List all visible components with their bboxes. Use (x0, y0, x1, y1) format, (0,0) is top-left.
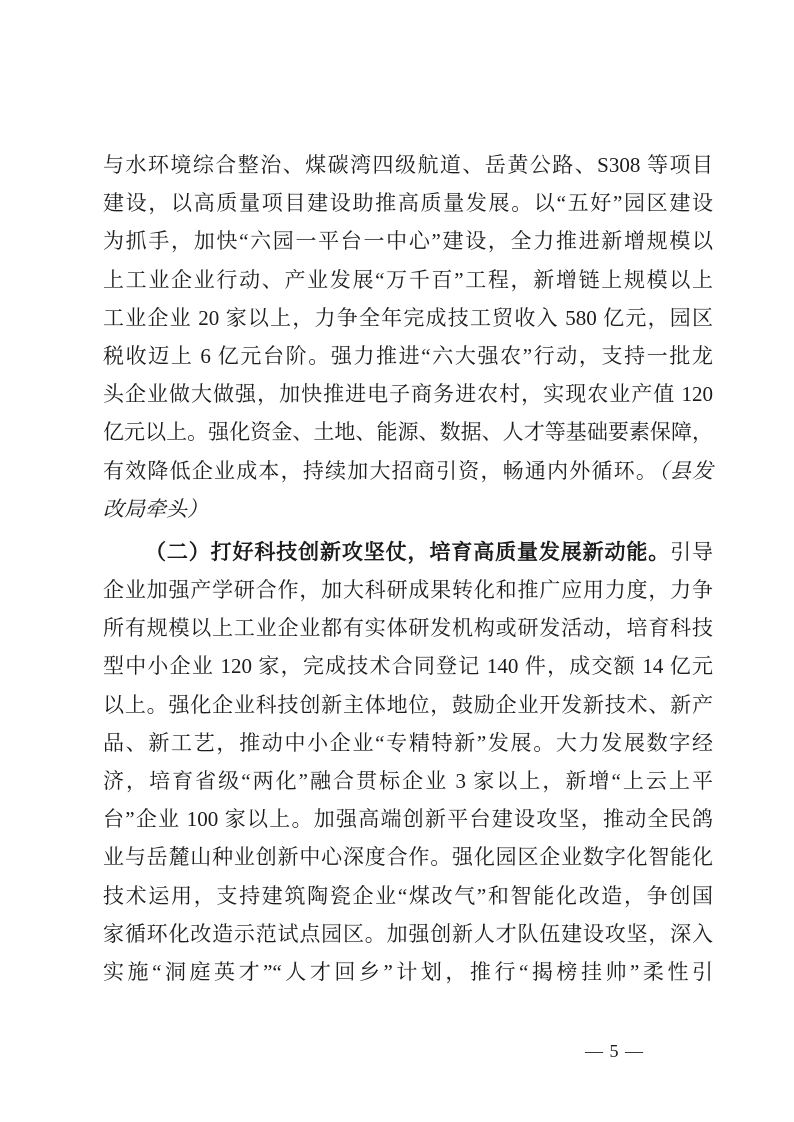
text-line: 税收迈上 6 亿元台阶。强力推进“六大强农”行动，支持一批龙 (103, 337, 713, 375)
text-line: 企业加强产学研合作，加大科研成果转化和推广应用力度，力争 (103, 571, 713, 609)
document-body: 与水环境综合整治、煤碳湾四级航道、岳黄公路、S308 等项目建设，以高质量项目建… (103, 146, 713, 991)
text-segment-normal: 以上。强化企业科技创新主体地位，鼓励企业开发新技术、新产 (103, 693, 713, 717)
text-segment-normal: 技术运用，支持建筑陶瓷企业“煤改气”和智能化改造，争创国 (103, 884, 713, 908)
text-segment-normal: 济，培育省级“两化”融合贯标企业 3 家以上，新增“上云上平 (103, 769, 713, 793)
text-segment-normal: 上工业企业行动、产业发展“万千百”工程，新增链上规模以上 (103, 268, 713, 292)
text-segment-normal: 与水环境综合整治、煤碳湾四级航道、岳黄公路、S308 等项目 (103, 153, 713, 177)
text-segment-normal: 为抓手，加快“六园一平台一中心”建设，全力推进新增规模以 (103, 229, 713, 253)
document-page: 与水环境综合整治、煤碳湾四级航道、岳黄公路、S308 等项目建设，以高质量项目建… (0, 0, 794, 1122)
text-line: 品、新工艺，推动中小企业“专精特新”发展。大力发展数字经 (103, 724, 713, 762)
text-segment-normal: 所有规模以上工业企业都有实体研发机构或研发活动，培育科技 (103, 616, 713, 640)
page-number: — 5 — (585, 1041, 644, 1062)
text-segment-normal: 型中小企业 120 家，完成技术合同登记 140 件，成交额 14 亿元 (103, 654, 713, 678)
paragraph-economy: 与水环境综合整治、煤碳湾四级航道、岳黄公路、S308 等项目建设，以高质量项目建… (103, 146, 713, 528)
text-line: 以上。强化企业科技创新主体地位，鼓励企业开发新技术、新产 (103, 686, 713, 724)
text-line: 工业企业 20 家以上，力争全年完成技工贸收入 580 亿元，园区 (103, 299, 713, 337)
text-line: 所有规模以上工业企业都有实体研发机构或研发活动，培育科技 (103, 609, 713, 647)
text-segment-normal: 引导 (670, 540, 713, 564)
text-line: （二）打好科技创新攻坚仗，培育高质量发展新动能。引导 (103, 533, 713, 571)
text-line: 型中小企业 120 家，完成技术合同登记 140 件，成交额 14 亿元 (103, 647, 713, 685)
text-segment-normal: 工业企业 20 家以上，力争全年完成技工贸收入 580 亿元，园区 (103, 306, 713, 330)
text-line: 与水环境综合整治、煤碳湾四级航道、岳黄公路、S308 等项目 (103, 146, 713, 184)
text-line: 亿元以上。强化资金、土地、能源、数据、人才等基础要素保障， (103, 413, 713, 451)
text-segment-normal: 企业加强产学研合作，加大科研成果转化和推广应用力度，力争 (103, 578, 713, 602)
text-segment-kai: 改局牵头） (103, 497, 208, 521)
text-segment-normal: 建设，以高质量项目建设助推高质量发展。以“五好”园区建设 (103, 191, 713, 215)
text-segment-normal: 品、新工艺，推动中小企业“专精特新”发展。大力发展数字经 (103, 731, 713, 755)
paragraph-science-innovation: （二）打好科技创新攻坚仗，培育高质量发展新动能。引导企业加强产学研合作，加大科研… (103, 533, 713, 991)
text-segment-normal: 头企业做大做强，加快推进电子商务进农村，实现农业产值 120 (103, 382, 713, 406)
text-segment-normal: 业与岳麓山种业创新中心深度合作。强化园区企业数字化智能化 (103, 845, 713, 869)
text-line: 业与岳麓山种业创新中心深度合作。强化园区企业数字化智能化 (103, 838, 713, 876)
text-line: 建设，以高质量项目建设助推高质量发展。以“五好”园区建设 (103, 184, 713, 222)
text-segment-normal: 家循环化改造示范试点园区。加强创新人才队伍建设攻坚，深入 (103, 922, 713, 946)
text-line: 实施“洞庭英才”“人才回乡”计划，推行“揭榜挂帅”柔性引 (103, 953, 713, 991)
text-line: 技术运用，支持建筑陶瓷企业“煤改气”和智能化改造，争创国 (103, 877, 713, 915)
text-line: 台”企业 100 家以上。加强高端创新平台建设攻坚，推动全民鸽 (103, 800, 713, 838)
text-segment-normal: 亿元以上。强化资金、土地、能源、数据、人才等基础要素保障， (103, 420, 713, 444)
text-line: 头企业做大做强，加快推进电子商务进农村，实现农业产值 120 (103, 375, 713, 413)
text-segment-normal: 有效降低企业成本，持续加大招商引资，畅通内外循环。 (103, 459, 658, 483)
text-segment-normal: 税收迈上 6 亿元台阶。强力推进“六大强农”行动，支持一批龙 (103, 344, 713, 368)
text-line: 为抓手，加快“六园一平台一中心”建设，全力推进新增规模以 (103, 222, 713, 260)
text-segment-bold-kai: （二）打好科技创新攻坚仗，培育高质量发展新动能。 (145, 540, 670, 564)
text-line: 家循环化改造示范试点园区。加强创新人才队伍建设攻坚，深入 (103, 915, 713, 953)
text-segment-normal: 台”企业 100 家以上。加强高端创新平台建设攻坚，推动全民鸽 (103, 807, 713, 831)
text-segment-normal: 实施“洞庭英才”“人才回乡”计划，推行“揭榜挂帅”柔性引 (103, 960, 713, 984)
text-line: 上工业企业行动、产业发展“万千百”工程，新增链上规模以上 (103, 261, 713, 299)
text-line: 有效降低企业成本，持续加大招商引资，畅通内外循环。（县发 (103, 452, 713, 490)
text-line: 改局牵头） (103, 490, 713, 528)
text-line: 济，培育省级“两化”融合贯标企业 3 家以上，新增“上云上平 (103, 762, 713, 800)
text-segment-kai: （县发 (658, 459, 713, 483)
